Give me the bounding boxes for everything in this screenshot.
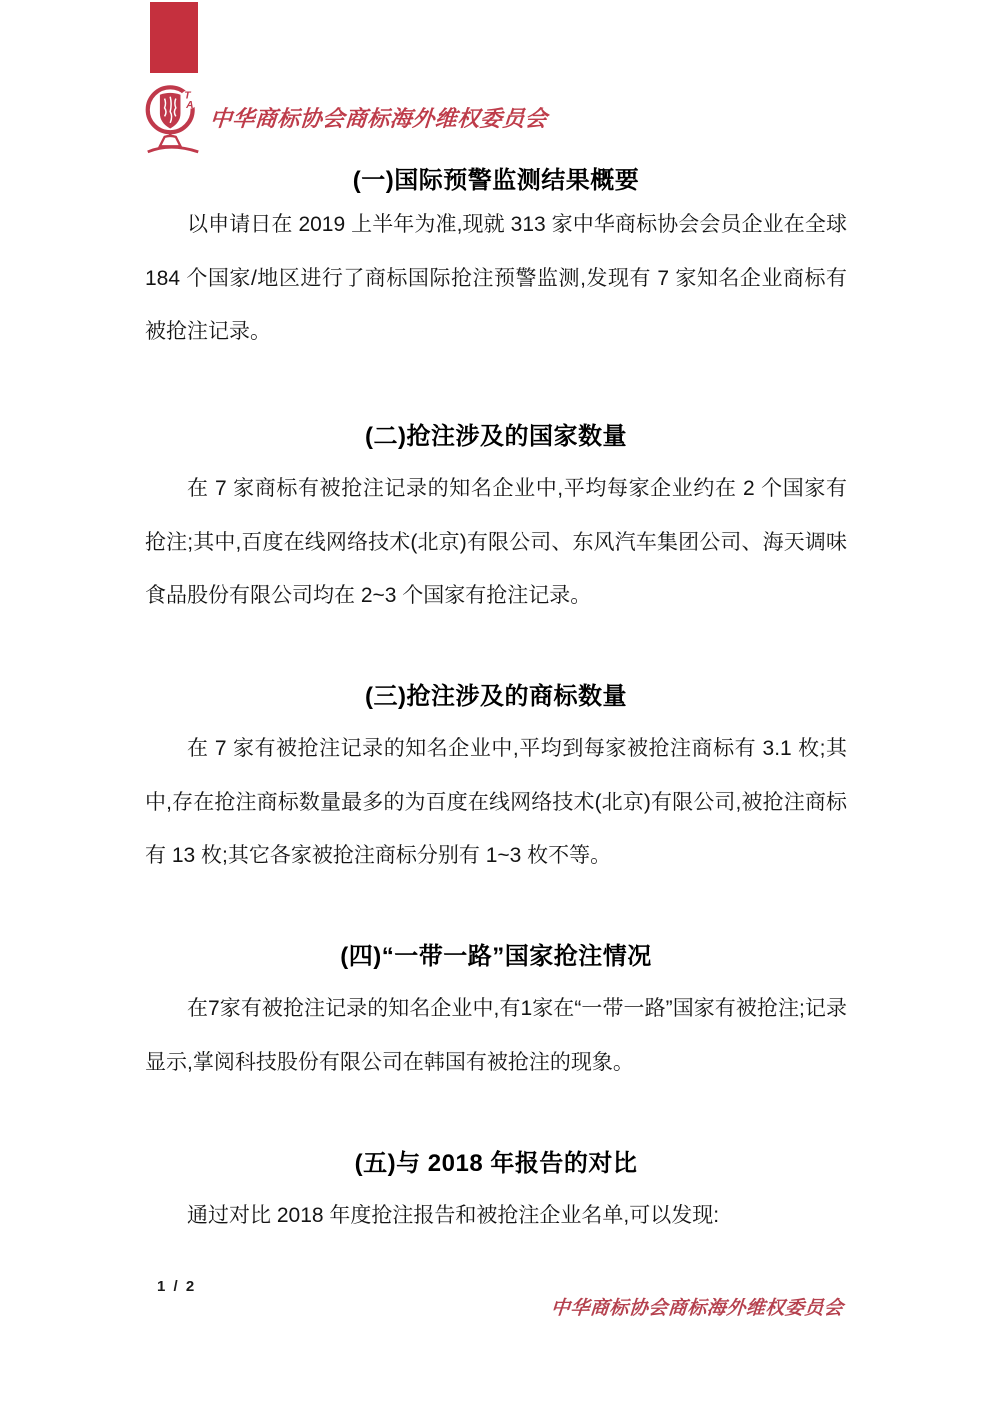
section-heading-1: (一)国际预警监测结果概要 — [145, 164, 847, 198]
section-heading-5: (五)与 2018 年报告的对比 — [145, 1147, 847, 1181]
section-paragraph-1: 以申请日在 2019 上半年为准,现就 313 家中华商标协会会员企业在全球 1… — [145, 198, 847, 359]
footer-calligraphy: 中华商标协会商标海外维权委员会 — [551, 1293, 845, 1320]
section-paragraph-5: 通过对比 2018 年度抢注报告和被抢注企业名单,可以发现: — [145, 1189, 847, 1243]
section-paragraph-2: 在 7 家商标有被抢注记录的知名企业中,平均每家企业约在 2 个国家有抢注;其中… — [145, 462, 847, 623]
section-heading-2: (二)抢注涉及的国家数量 — [145, 420, 847, 454]
document-page: T A 中华商标协会商标海外维权委员会 (一)国际预警监测结果概要 以申请日在 … — [0, 0, 992, 1403]
svg-text:A: A — [185, 100, 193, 111]
section-heading-4: (四)“一带一路”国家抢注情况 — [145, 940, 847, 974]
cta-seal-logo: T A — [144, 82, 202, 160]
brand-color-block — [150, 2, 198, 73]
section-paragraph-3: 在 7 家有被抢注记录的知名企业中,平均到每家被抢注商标有 3.1 枚;其中,存… — [145, 722, 847, 883]
page-number: 1 / 2 — [157, 1278, 196, 1295]
brand-name-calligraphy: 中华商标协会商标海外维权委员会 — [209, 102, 549, 133]
brand-header: T A 中华商标协会商标海外维权委员会 — [144, 82, 548, 160]
section-heading-3: (三)抢注涉及的商标数量 — [145, 680, 847, 714]
section-paragraph-4: 在7家有被抢注记录的知名企业中,有1家在“一带一路”国家有被抢注;记录显示,掌阅… — [145, 982, 847, 1089]
